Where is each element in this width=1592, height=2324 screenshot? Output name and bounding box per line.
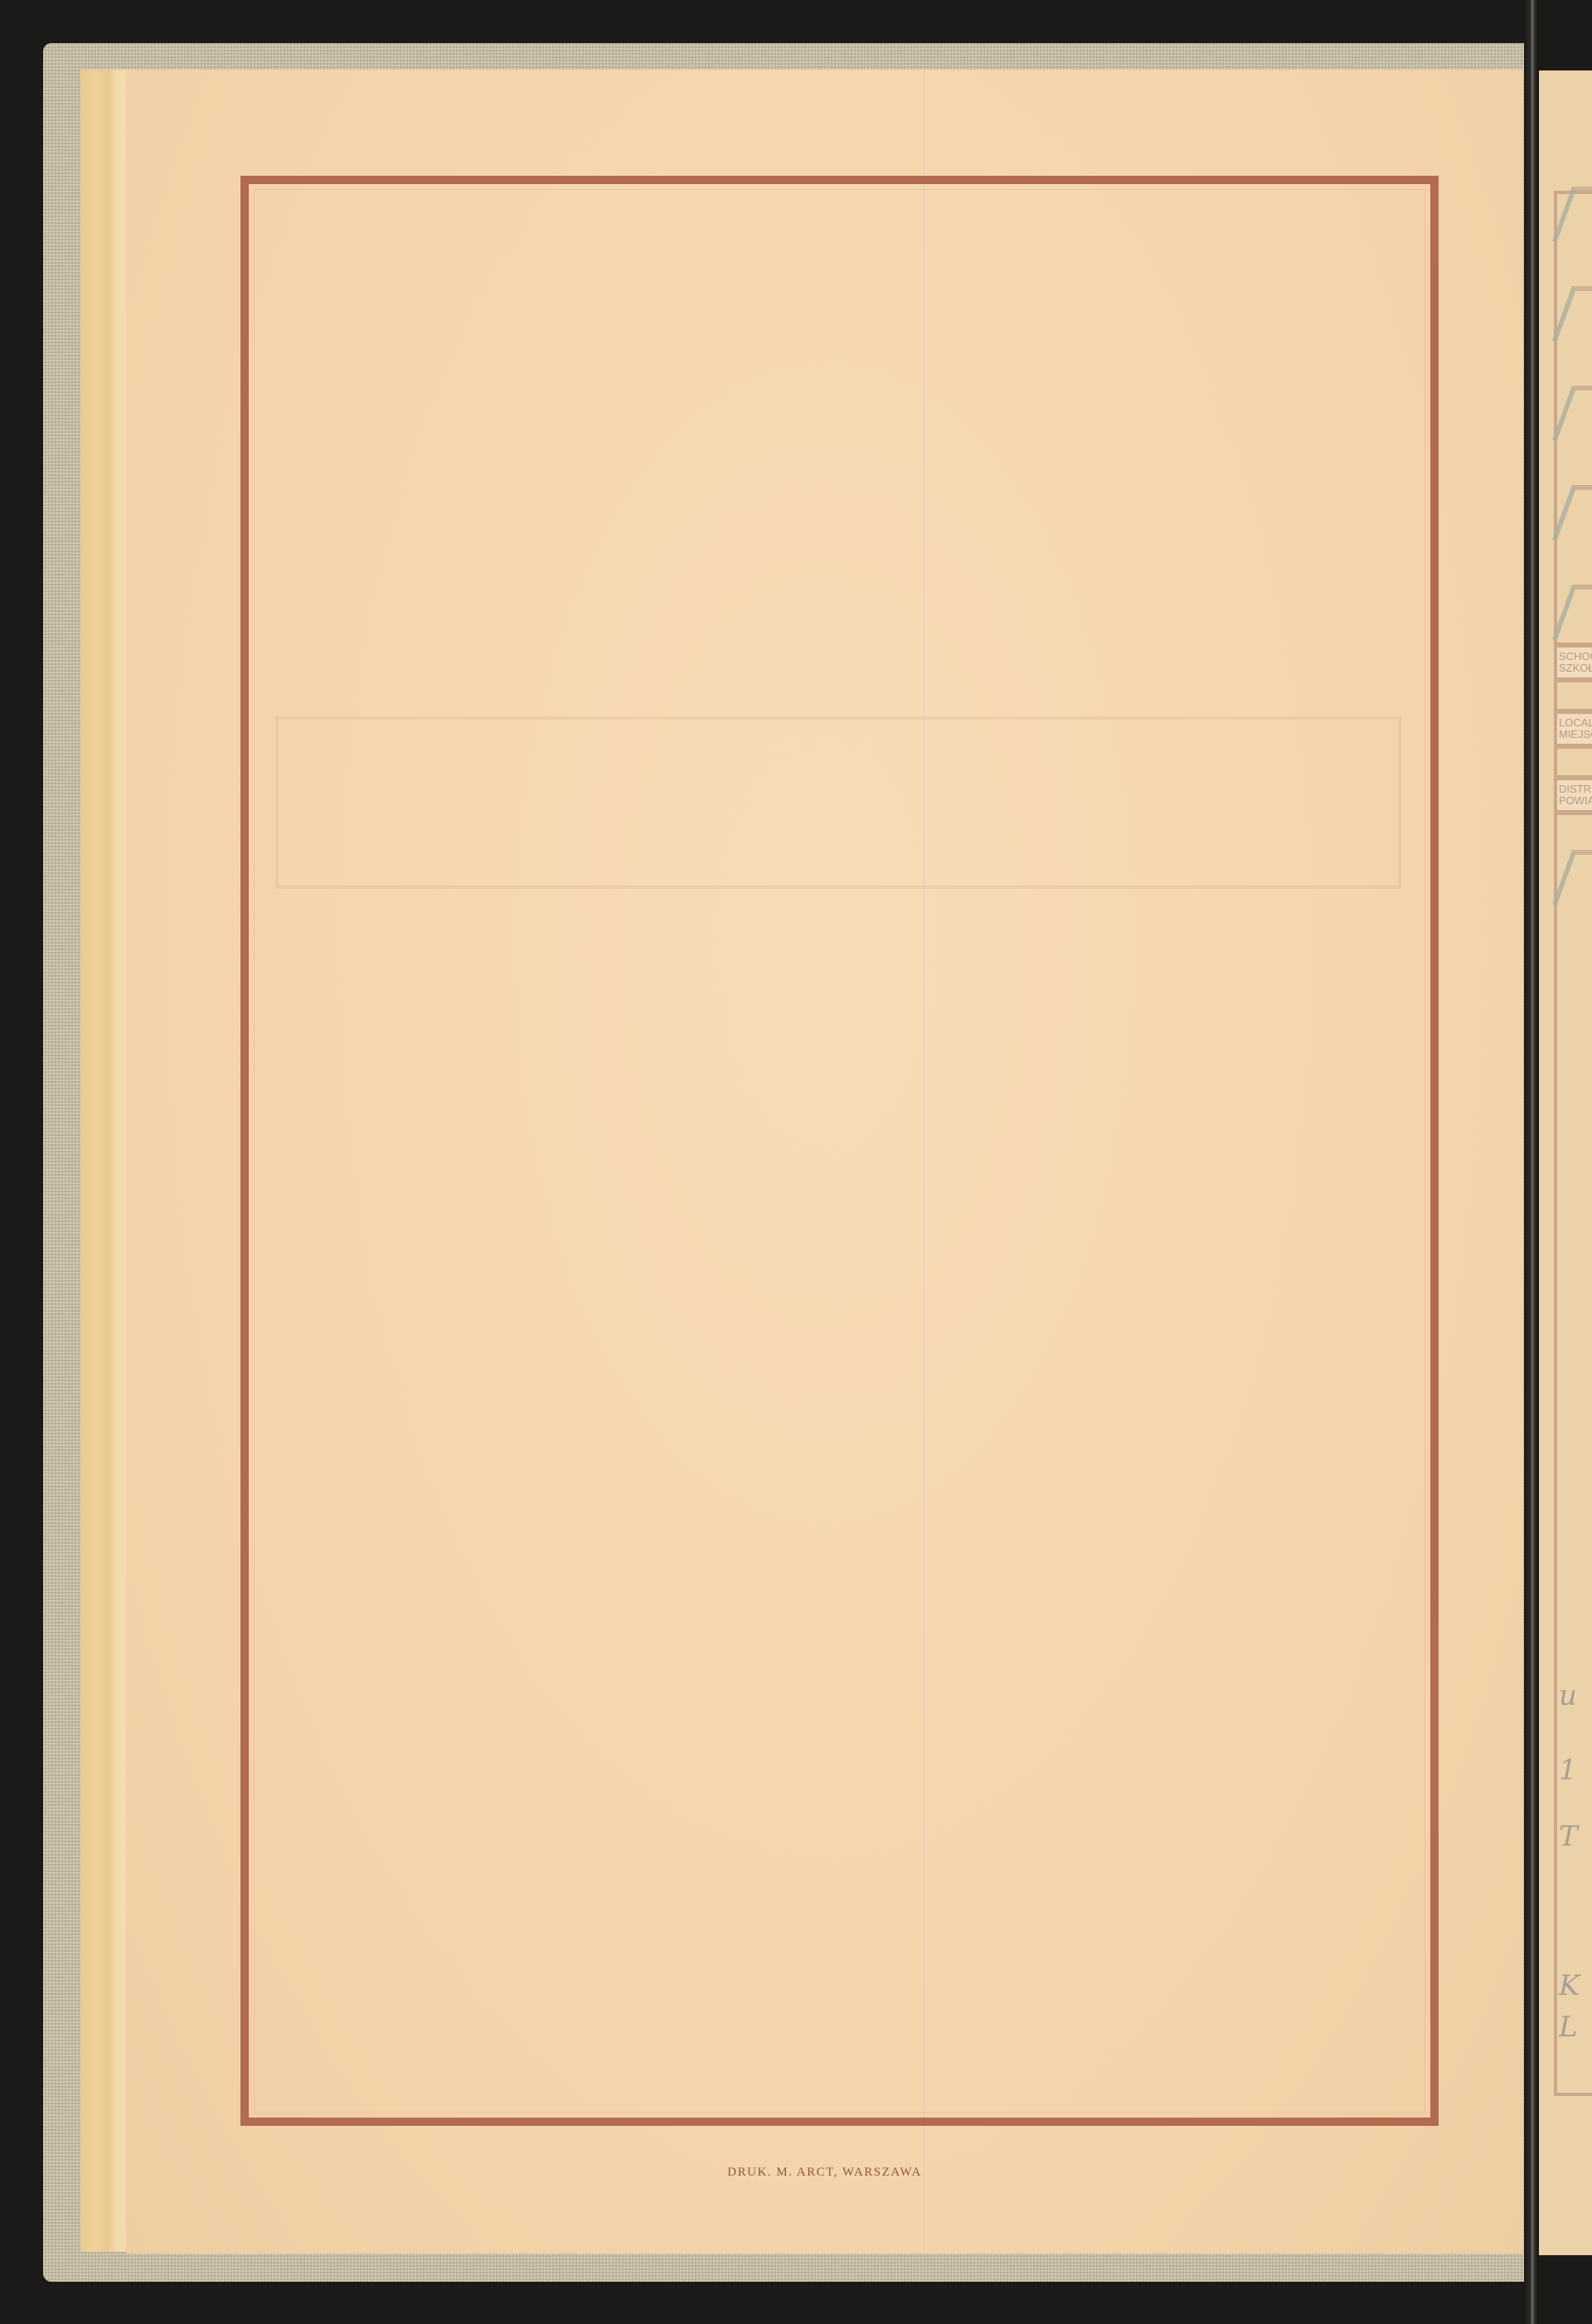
page-edge-stack [80,70,129,2252]
printer-imprint: DRUK. M. ARCT, WARSZAWA [126,2166,1523,2180]
handwriting-fragment: 1 [1559,1754,1577,1787]
next-page-label-district: DISTRICT POWIAT [1557,775,1592,815]
handwriting-fragment: L [1559,2011,1578,2044]
book-gutter [1524,0,1539,2324]
next-page-frame [1554,191,1592,2096]
next-page-label-school: SCHOOL SZKOŁA [1557,643,1592,682]
handwriting-fragment: u [1559,1679,1577,1712]
next-page-sliver: SCHOOL SZKOŁA LOCALITY MIEJSCOWOŚĆ DISTR… [1539,70,1592,2255]
next-page-label-locality: LOCALITY MIEJSCOWOŚĆ [1557,709,1592,749]
handwriting-fragment: K [1559,1969,1580,2002]
page: DRUK. M. ARCT, WARSZAWA [126,70,1523,2254]
handwriting-fragment: T [1559,1820,1578,1853]
show-through-text [282,234,1401,947]
decorative-frame-border [240,176,1439,2126]
show-through-table [275,716,1401,889]
